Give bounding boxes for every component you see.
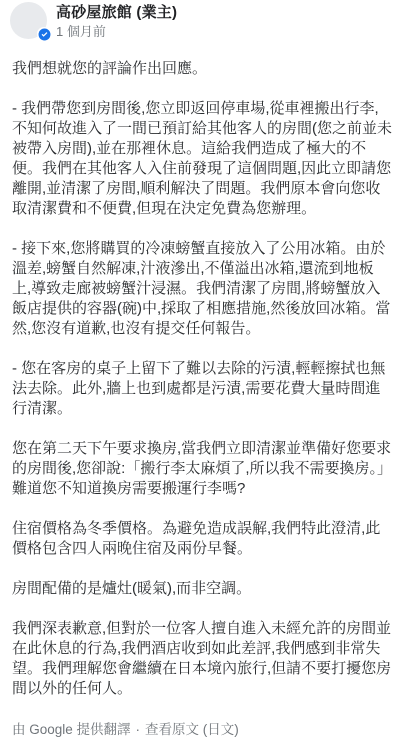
owner-header: 高砂屋旅館 (業主) 1 個月前 [10, 2, 392, 40]
reply-paragraph: - 接下來,您將購買的冷凍螃蟹直接放入了公用冰箱。由於溫差,螃蟹自然解凍,汁液滲… [12, 239, 392, 339]
reply-paragraph: 您在第二天下午要求換房,當我們立即清潔並準備好您要求的房間後,您卻說:「搬行李太… [12, 439, 392, 499]
separator-dot: · [136, 722, 141, 737]
reply-paragraph: 我們想就您的評論作出回應。 [12, 59, 392, 79]
reply-timestamp: 1 個月前 [56, 24, 177, 40]
reply-paragraph: 房間配備的是爐灶(暖氣),而非空調。 [12, 579, 392, 599]
translated-by-label: 由 Google 提供翻譯 [12, 722, 131, 737]
owner-header-text: 高砂屋旅館 (業主) 1 個月前 [56, 2, 177, 40]
reply-paragraph: 我們深表歉意,但對於一位客人擅自進入未經允許的房間並在此休息的行為,我們酒店收到… [12, 619, 392, 699]
see-original-link[interactable]: 查看原文 (日文) [145, 722, 239, 737]
avatar [10, 2, 47, 39]
reply-paragraph: - 您在客房的桌子上留下了難以去除的污漬,輕輕擦拭也無法去除。此外,牆上也到處都… [12, 359, 392, 419]
reply-body: 我們想就您的評論作出回應。 - 我們帶您到房間後,您立即返回停車場,從車裡搬出行… [12, 59, 392, 699]
owner-name: 高砂屋旅館 (業主) [56, 3, 177, 22]
translation-footer: 由 Google 提供翻譯·查看原文 (日文) [12, 719, 392, 738]
reply-paragraph: 住宿價格為冬季價格。為避免造成誤解,我們特此澄清,此價格包含四人兩晚住宿及兩份早… [12, 519, 392, 559]
verified-badge-icon [37, 27, 51, 41]
owner-response-card: 高砂屋旅館 (業主) 1 個月前 我們想就您的評論作出回應。 - 我們帶您到房間… [0, 0, 404, 748]
reply-paragraph: - 我們帶您到房間後,您立即返回停車場,從車裡搬出行李,不知何故進入了一間已預訂… [12, 99, 392, 219]
